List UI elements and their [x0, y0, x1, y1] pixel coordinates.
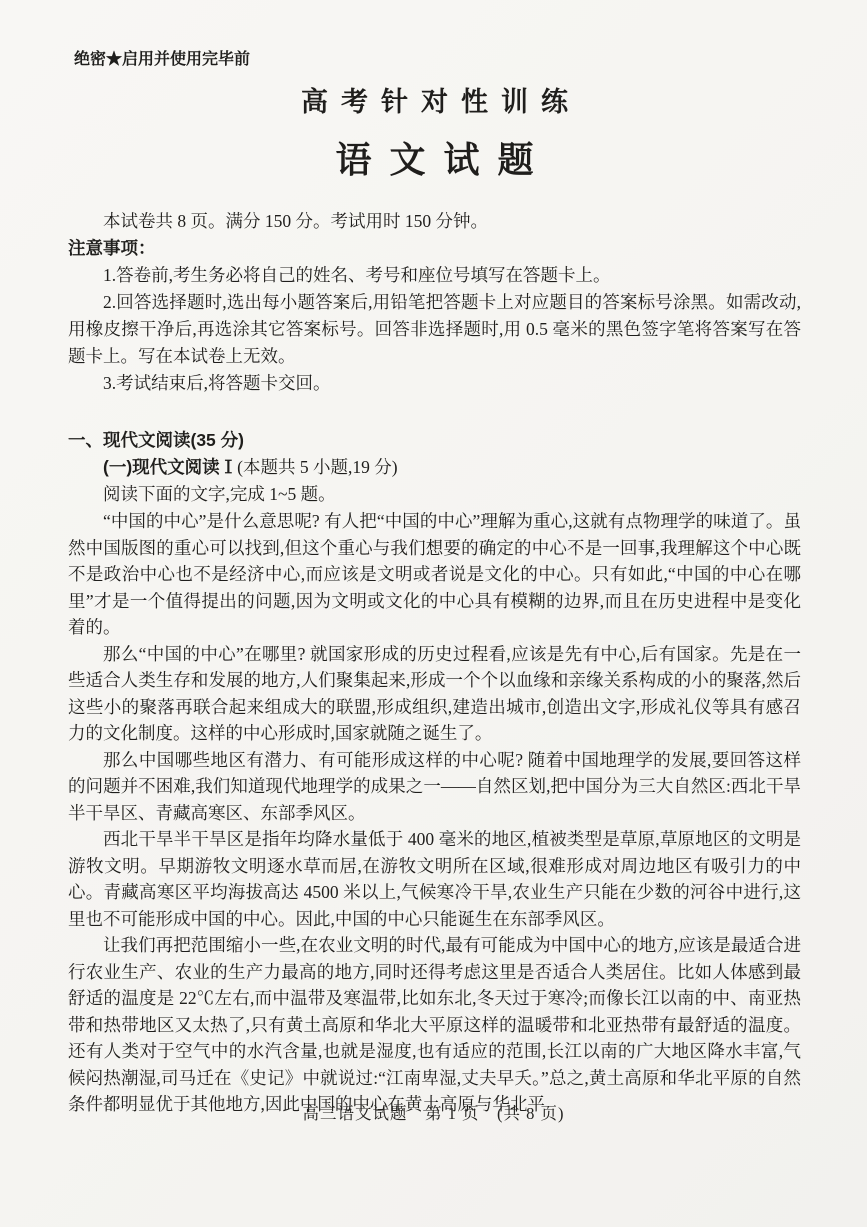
reading-instruction: 阅读下面的文字,完成 1~5 题。: [68, 481, 801, 508]
footer-doc-label: 高三语文试题: [303, 1104, 408, 1123]
passage-paragraph-4: 西北干旱半干旱区是指年均降水量低于 400 毫米的地区,植被类型是草原,草原地区…: [68, 826, 801, 932]
subject-title: 语文试题: [68, 138, 801, 182]
subsection-heading: (一)现代文阅读Ⅰ(本题共 5 小题,19 分): [68, 454, 801, 481]
section-heading-modern-reading: 一、现代文阅读(35 分): [68, 427, 801, 454]
notice-item-2: 2.回答选择题时,选出每小题答案后,用铅笔把答题卡上对应题目的答案标号涂黑。如需…: [68, 289, 801, 370]
subsection-heading-rest: (本题共 5 小题,19 分): [237, 457, 397, 477]
reading-passage: “中国的中心”是什么意思呢? 有人把“中国的中心”理解为重心,这就有点物理学的味…: [68, 508, 801, 1118]
passage-paragraph-2: 那么“中国的中心”在哪里? 就国家形成的历史过程看,应该是先有中心,后有国家。先…: [68, 641, 801, 747]
exam-paper-page: 绝密★启用并使用完毕前 高考针对性训练 语文试题 本试卷共 8 页。满分 150…: [0, 0, 867, 1227]
passage-paragraph-1: “中国的中心”是什么意思呢? 有人把“中国的中心”理解为重心,这就有点物理学的味…: [68, 508, 801, 641]
notice-item-3: 3.考试结束后,将答题卡交回。: [68, 370, 801, 397]
passage-paragraph-3: 那么中国哪些地区有潜力、有可能形成这样的中心呢? 随着中国地理学的发展,要回答这…: [68, 747, 801, 827]
footer-page-number: 第 1 页: [425, 1104, 480, 1123]
passage-paragraph-5: 让我们再把范围缩小一些,在农业文明的时代,最有可能成为中国中心的地方,应该是最适…: [68, 932, 801, 1118]
exam-info-line: 本试卷共 8 页。满分 150 分。考试用时 150 分钟。: [68, 208, 801, 235]
exam-title: 高考针对性训练: [68, 85, 801, 119]
page-footer: 高三语文试题 第 1 页 (共 8 页): [0, 1100, 867, 1124]
notice-item-1: 1.答卷前,考生务必将自己的姓名、考号和座位号填写在答题卡上。: [68, 262, 801, 289]
footer-total-pages: (共 8 页): [497, 1104, 565, 1123]
notices-list: 1.答卷前,考生务必将自己的姓名、考号和座位号填写在答题卡上。 2.回答选择题时…: [68, 262, 801, 397]
subsection-heading-bold: (一)现代文阅读Ⅰ: [103, 457, 237, 477]
notices-heading: 注意事项：: [68, 235, 801, 262]
security-classification-label: 绝密★启用并使用完毕前: [68, 50, 801, 70]
